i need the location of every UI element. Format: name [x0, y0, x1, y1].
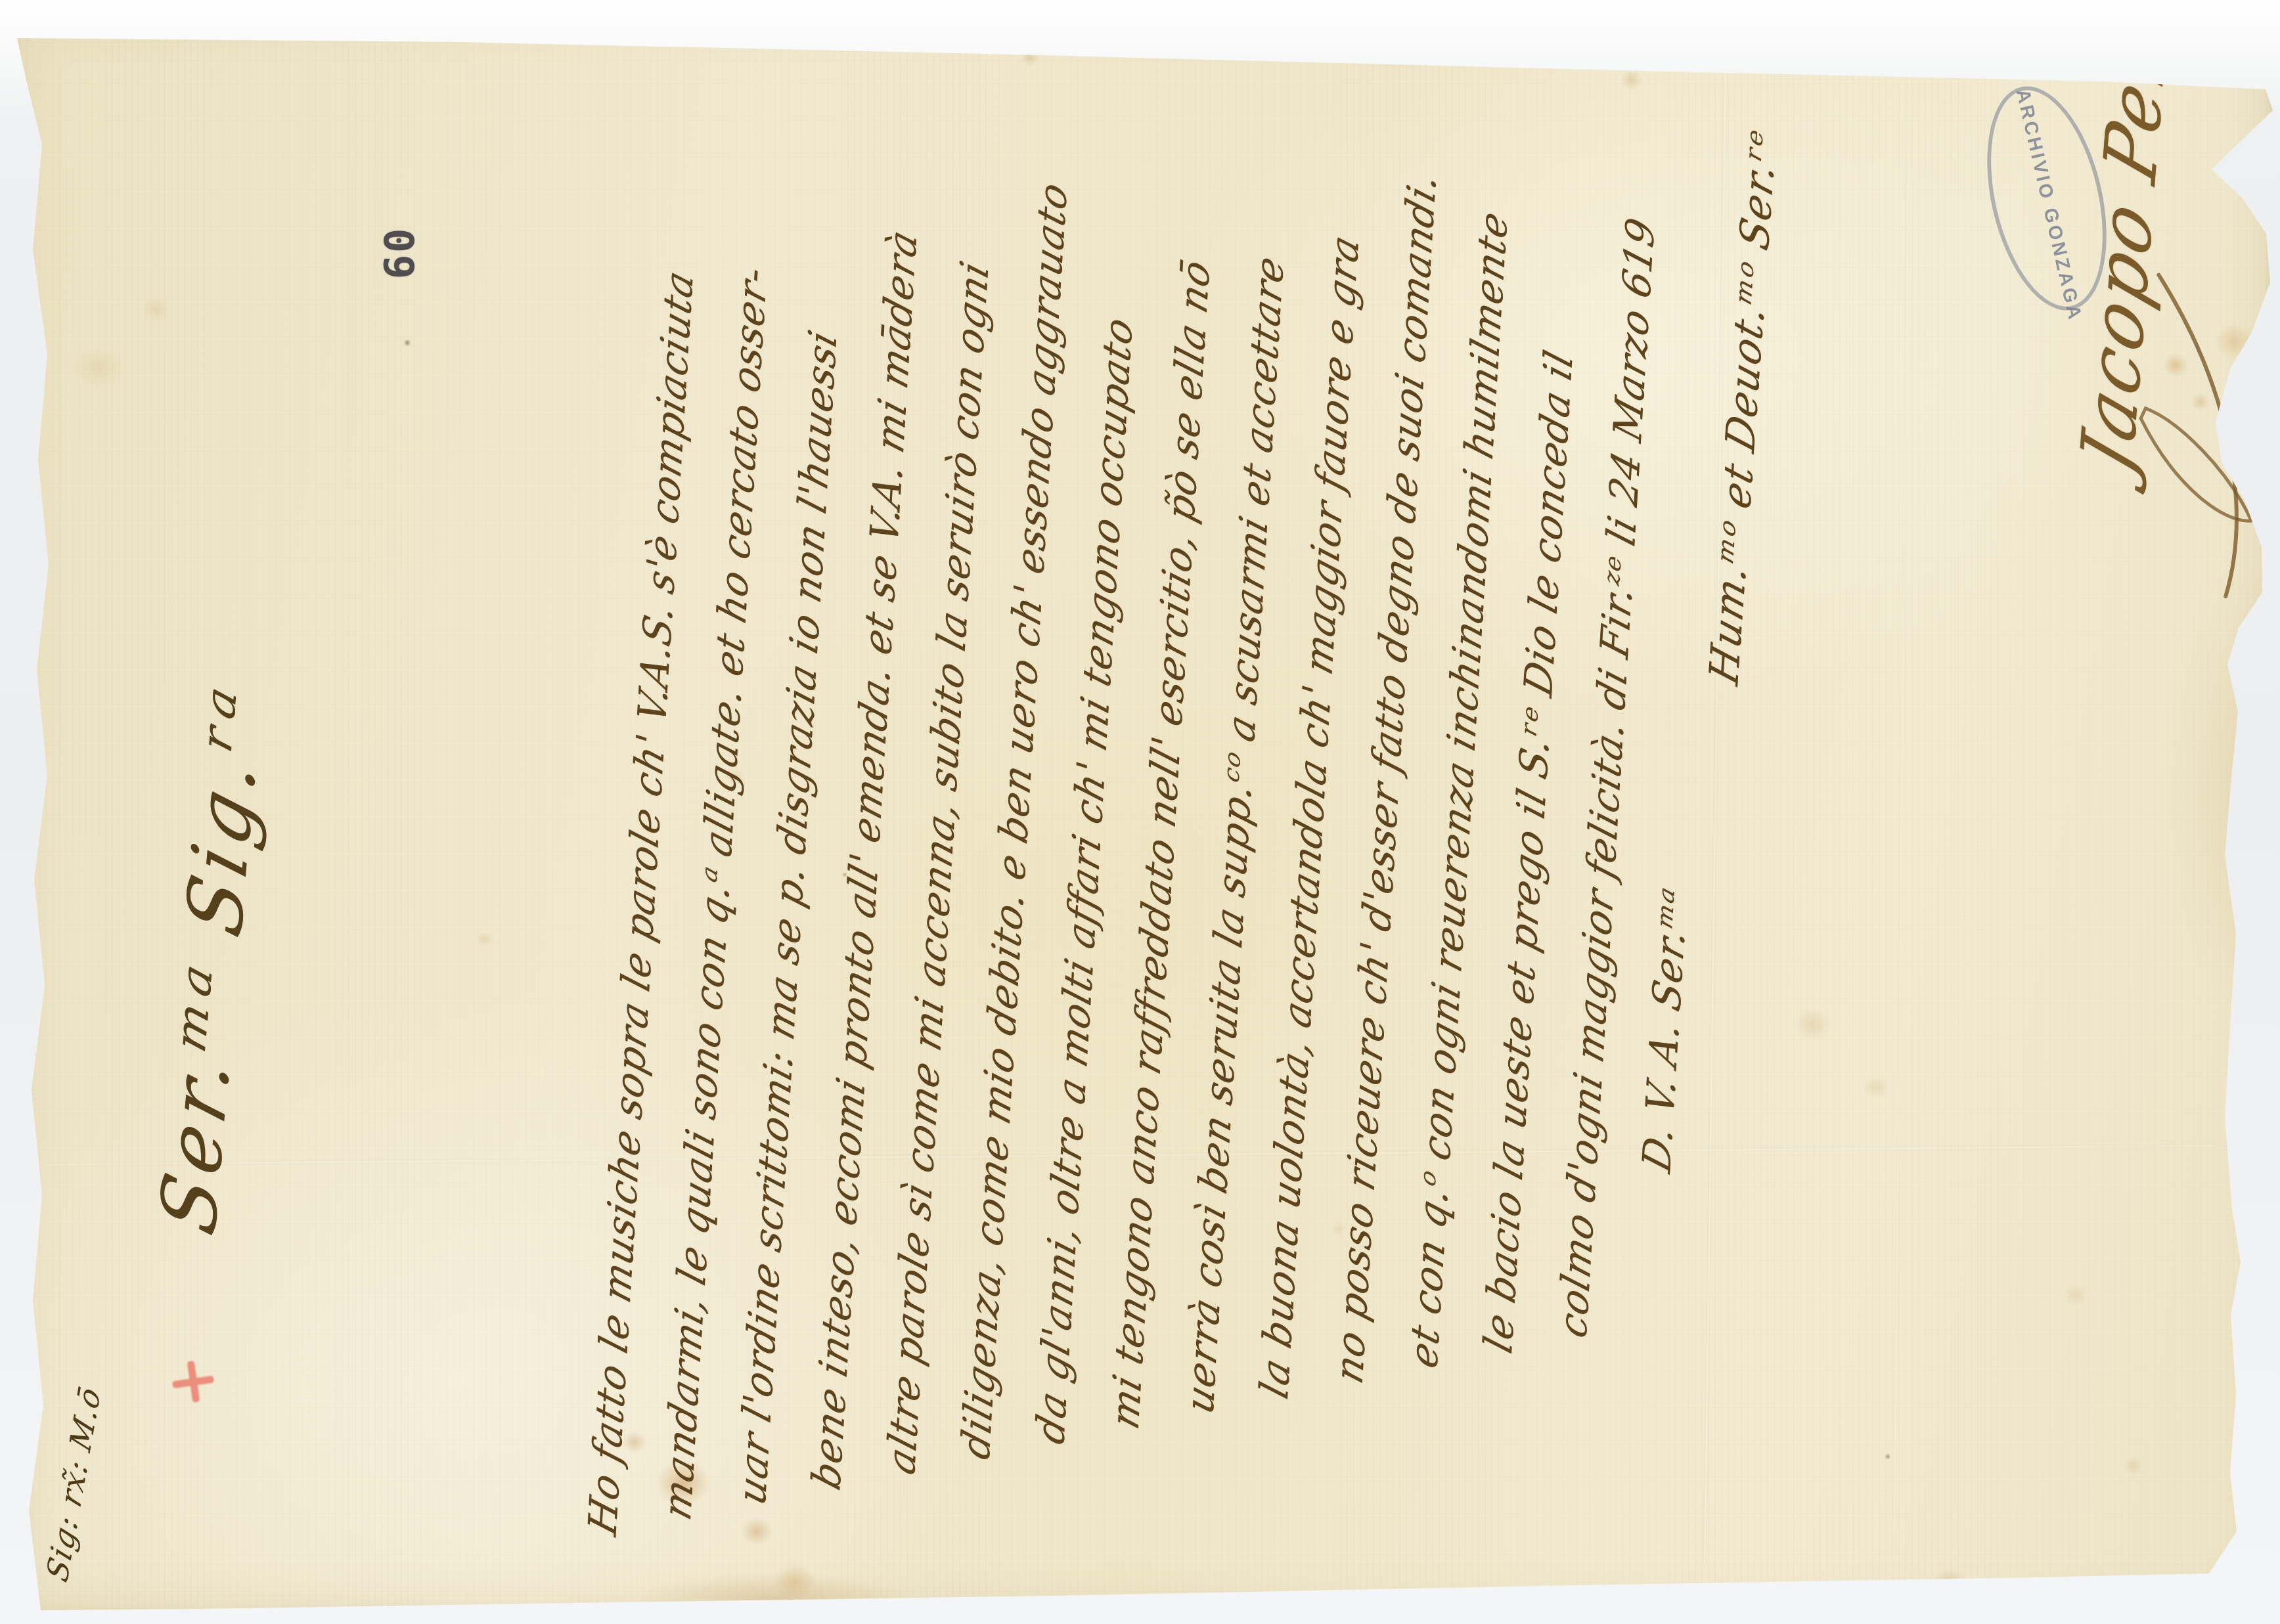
salutation-text: Ser.ᵐᵃ Sig.ʳᵃ: [143, 672, 279, 1244]
docket-text: Sig: rx̃: M.ō: [40, 1381, 108, 1587]
folio-number-stamp: 60: [363, 207, 436, 299]
letter-body: Ho fatto le musiche sopra le parole ch' …: [566, 30, 1760, 1598]
signature-block: Jacopo Peri: [2015, 50, 2280, 607]
vertical-fold-crease: [1892, 72, 1911, 1556]
valediction-text: Hum.ᵐᵒ et Deuot.ᵐᵒ Ser.ʳᵉ: [1700, 123, 1785, 690]
scanner-background: 60 ARCHIVIO GONZAGA Ser.ᵐᵃ Sig.ʳᵃ Ho fat…: [0, 0, 2280, 1624]
red-crayon-cross-mark: +: [169, 1358, 217, 1405]
docket-annotation: Sig: rx̃: M.ō: [21, 1212, 156, 1587]
salutation: Ser.ᵐᵃ Sig.ʳᵃ: [89, 705, 331, 1239]
valediction: Hum.ᵐᵒ et Deuot.ᵐᵒ Ser.ʳᵉ: [1645, 179, 1837, 688]
letter-sheet: 60 ARCHIVIO GONZAGA Ser.ᵐᵃ Sig.ʳᵃ Ho fat…: [0, 0, 2280, 1624]
